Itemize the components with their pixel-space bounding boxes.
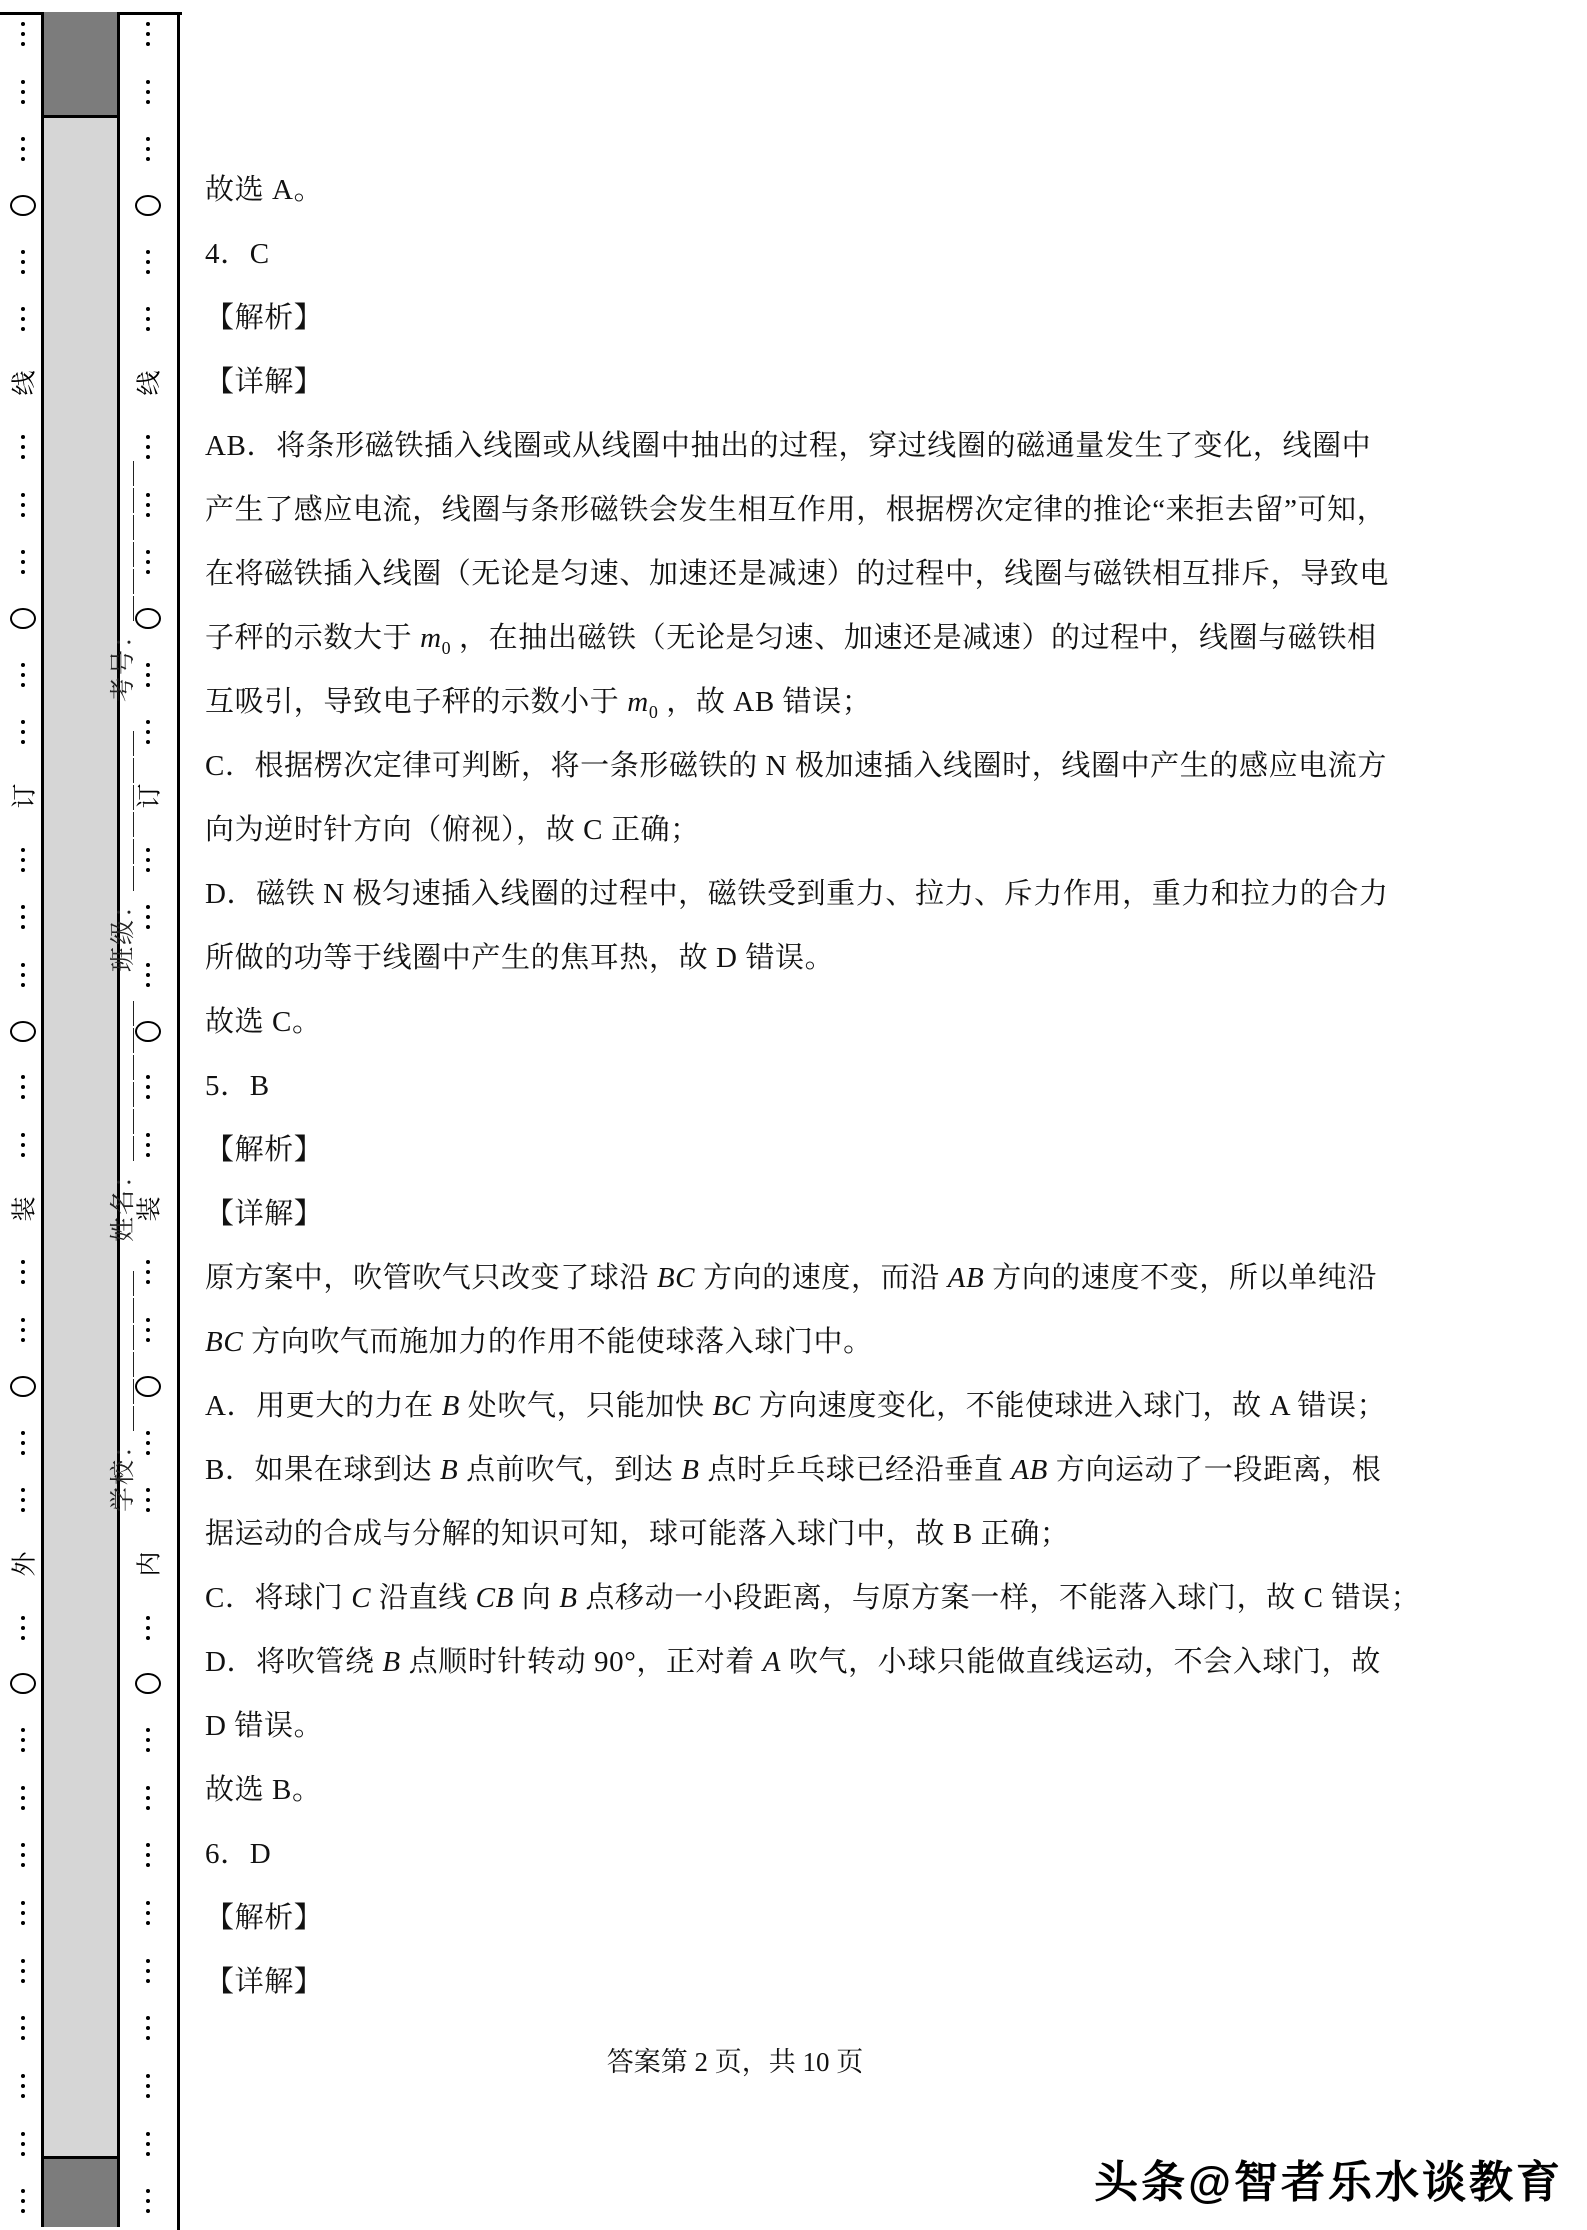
dot (146, 925, 150, 929)
dot-group (146, 2074, 150, 2098)
dot (146, 1636, 150, 1640)
dot-group (21, 1133, 25, 1157)
dot (21, 1153, 25, 1157)
dot (146, 848, 150, 852)
dot (146, 2132, 150, 2136)
dot (21, 1318, 25, 1322)
circle-mark (10, 1376, 36, 1397)
dot-group (146, 1901, 150, 1925)
dot (21, 250, 25, 254)
binding-char: 外 (5, 1551, 41, 1576)
dot (146, 1270, 150, 1274)
dot (21, 137, 25, 141)
dot (21, 1979, 25, 1983)
dot (21, 1508, 25, 1512)
dot (21, 1616, 25, 1620)
dot (21, 925, 25, 929)
strip-bottom-block (44, 2156, 117, 2227)
text-line: 互吸引，导致电子秤的示数小于 m0 ，故 AB 错误； (205, 670, 1325, 734)
circle-mark (135, 1021, 161, 1042)
circle-mark (10, 1673, 36, 1694)
dot (146, 1338, 150, 1342)
dot (21, 307, 25, 311)
dot-group (21, 848, 25, 872)
dot (21, 1095, 25, 1099)
dot (146, 1280, 150, 1284)
dot (146, 560, 150, 564)
dot (21, 983, 25, 987)
dot-group (21, 1431, 25, 1455)
dot (21, 503, 25, 507)
dot (21, 673, 25, 677)
circle-mark (135, 195, 161, 216)
text-line: 【详解】 (205, 1950, 1325, 2014)
dot-group (21, 720, 25, 744)
dot-group (146, 22, 150, 46)
dot (146, 1085, 150, 1089)
dot (21, 90, 25, 94)
dot (146, 2016, 150, 2020)
dot (146, 513, 150, 517)
dot (146, 570, 150, 574)
dot (21, 2142, 25, 2146)
dot-group (21, 963, 25, 987)
dot (146, 42, 150, 46)
text-line: D．磁铁 N 极匀速插入线圈的过程中，磁铁受到重力、拉力、斥力作用，重力和拉力的… (205, 862, 1325, 926)
text-line: 所做的功等于线圈中产生的焦耳热，故 D 错误。 (205, 926, 1325, 990)
dot (146, 157, 150, 161)
dot (21, 1738, 25, 1742)
text-line: 4．C (205, 222, 1325, 286)
dot-group (146, 848, 150, 872)
dot (146, 1328, 150, 1332)
dot (146, 1959, 150, 1963)
binding-char: 订 (5, 783, 41, 808)
dot (21, 1498, 25, 1502)
dot-group (21, 2132, 25, 2156)
dot (21, 260, 25, 264)
dot (21, 1796, 25, 1800)
dot (146, 2036, 150, 2040)
dot (21, 2152, 25, 2156)
dot (21, 963, 25, 967)
dot (21, 1901, 25, 1905)
inner-binding-line: 线订装内 (133, 22, 163, 2214)
dot (146, 1498, 150, 1502)
dot (146, 250, 150, 254)
text-line: 子秤的示数大于 m0 ，在抽出磁铁（无论是匀速、加速还是减速）的过程中，线圈与磁… (205, 606, 1325, 670)
dot (21, 1143, 25, 1147)
dot (21, 1133, 25, 1137)
dot (146, 1431, 150, 1435)
dot (146, 1260, 150, 1264)
dot-group (146, 1488, 150, 1512)
dot (21, 1431, 25, 1435)
dot (146, 445, 150, 449)
circle-mark (135, 1376, 161, 1397)
text-line: C．根据楞次定律可判断，将一条形磁铁的 N 极加速插入线圈时，线圈中产生的感应电… (205, 734, 1325, 798)
text-line: 产生了感应电流，线圈与条形磁铁会发生相互作用，根据楞次定律的推论“来拒去留”可知… (205, 478, 1325, 542)
dot (21, 1911, 25, 1915)
dot (21, 42, 25, 46)
dot (146, 1843, 150, 1847)
page-footer: 答案第 2 页，共 10 页 (180, 2040, 1290, 2079)
dot-group (146, 1786, 150, 1810)
outer-binding-line: 线订装外 (8, 22, 38, 2214)
dot-group (146, 963, 150, 987)
dot-group (146, 2016, 150, 2040)
dot (146, 80, 150, 84)
dot-group (146, 1616, 150, 1640)
circle-mark (135, 608, 161, 629)
dot (21, 513, 25, 517)
dot-group (21, 1901, 25, 1925)
dot (21, 435, 25, 439)
dot-group (146, 250, 150, 274)
dot-group (21, 663, 25, 687)
dot (146, 1616, 150, 1620)
dot (21, 1853, 25, 1857)
dot (146, 2074, 150, 2078)
dot (146, 90, 150, 94)
dot (21, 493, 25, 497)
dot-group (146, 307, 150, 331)
dot-group (21, 1488, 25, 1512)
text-line: 5．B (205, 1054, 1325, 1118)
dot (21, 270, 25, 274)
dot (21, 1280, 25, 1284)
binding-char: 内 (130, 1551, 166, 1576)
dot (21, 1843, 25, 1847)
dot (146, 2142, 150, 2146)
dot (146, 2199, 150, 2203)
text-line: 故选 B。 (205, 1758, 1325, 1822)
dot (146, 550, 150, 554)
dot (21, 1959, 25, 1963)
binding-char: 装 (130, 1196, 166, 1221)
text-line: D．将吹管绕 B 点顺时针转动 90°，正对着 A 吹气，小球只能做直线运动，不… (205, 1630, 1325, 1694)
text-line: 故选 A。 (205, 158, 1325, 222)
dot (146, 868, 150, 872)
dot (146, 100, 150, 104)
dot (21, 2074, 25, 2078)
binding-char: 线 (130, 371, 166, 396)
text-line: 向为逆时针方向（俯视），故 C 正确； (205, 798, 1325, 862)
dot-group (146, 2189, 150, 2213)
dot (146, 1863, 150, 1867)
dot (21, 1636, 25, 1640)
dot (146, 1969, 150, 1973)
dot (21, 730, 25, 734)
circle-mark (135, 1673, 161, 1694)
dot (21, 570, 25, 574)
dot (146, 983, 150, 987)
dot (146, 260, 150, 264)
dot (146, 720, 150, 724)
dot-group (21, 1616, 25, 1640)
dot-group (21, 22, 25, 46)
text-line: 【解析】 (205, 1886, 1325, 1950)
dot (21, 1626, 25, 1630)
dot (146, 740, 150, 744)
dot (146, 307, 150, 311)
dot (21, 1338, 25, 1342)
dot (21, 2132, 25, 2136)
student-info-strip: 学校：＿＿＿＿＿＿ 姓名：＿＿＿＿＿＿ 班级：＿＿＿＿＿＿ 考号：＿＿＿＿＿＿ (41, 12, 120, 2227)
dot (146, 915, 150, 919)
dot (146, 2094, 150, 2098)
answer-lines: 故选 A。4．C【解析】【详解】AB．将条形磁铁插入线圈或从线圈中抽出的过程，穿… (205, 158, 1325, 2014)
dot-group (21, 1260, 25, 1284)
dot (146, 1451, 150, 1455)
dot (21, 2209, 25, 2213)
text-line: 【解析】 (205, 1118, 1325, 1182)
dot (146, 2084, 150, 2088)
dot (146, 32, 150, 36)
dot (146, 2209, 150, 2213)
dot (146, 2026, 150, 2030)
dot (146, 1133, 150, 1137)
dot (21, 1451, 25, 1455)
text-line: 据运动的合成与分解的知识可知，球可能落入球门中，故 B 正确； (205, 1502, 1325, 1566)
binding-char: 装 (5, 1196, 41, 1221)
dot (146, 1853, 150, 1857)
strip-top-block (44, 12, 117, 118)
dot-group (21, 2189, 25, 2213)
dot (21, 1748, 25, 1752)
dot (146, 663, 150, 667)
dot-group (146, 1075, 150, 1099)
dot (21, 1270, 25, 1274)
dot (21, 2189, 25, 2193)
dot (21, 1085, 25, 1089)
binding-divider-line (177, 12, 180, 2230)
dot (146, 2189, 150, 2193)
dot (21, 1806, 25, 1810)
dot (21, 157, 25, 161)
dot (21, 720, 25, 724)
dot (21, 740, 25, 744)
circle-mark (10, 608, 36, 629)
dot (146, 1786, 150, 1790)
dot (21, 973, 25, 977)
dot-group (146, 905, 150, 929)
dot (146, 2152, 150, 2156)
circle-mark (10, 1021, 36, 1042)
dot (146, 1153, 150, 1157)
dot (146, 493, 150, 497)
dot-group (21, 435, 25, 459)
dot (21, 2084, 25, 2088)
dot (146, 270, 150, 274)
dot (21, 1260, 25, 1264)
text-line: A．用更大的力在 B 处吹气，只能加快 BC 方向速度变化，不能使球进入球门，故… (205, 1374, 1325, 1438)
dot-group (146, 2132, 150, 2156)
dot-group (146, 493, 150, 517)
dot (21, 663, 25, 667)
dot-group (146, 663, 150, 687)
dot-group (146, 435, 150, 459)
dot (21, 1488, 25, 1492)
dot-group (146, 1318, 150, 1342)
dot-group (21, 905, 25, 929)
dot-group (21, 80, 25, 104)
dot (146, 1738, 150, 1742)
dot-group (21, 137, 25, 161)
dot-group (146, 1133, 150, 1157)
dot-group (21, 1786, 25, 1810)
dot (146, 137, 150, 141)
dot-group (146, 1843, 150, 1867)
dot (21, 1728, 25, 1732)
text-line: B．如果在球到达 B 点前吹气，到达 B 点时乒乓球已经沿垂直 AB 方向运动了… (205, 1438, 1325, 1502)
dot (146, 963, 150, 967)
dot (146, 503, 150, 507)
dot (21, 2016, 25, 2020)
dot (146, 1911, 150, 1915)
dot (146, 317, 150, 321)
dot-group (21, 1075, 25, 1099)
dot-group (146, 1728, 150, 1752)
dot (21, 868, 25, 872)
dot (146, 1748, 150, 1752)
dot (21, 1328, 25, 1332)
dot (21, 1075, 25, 1079)
text-line: 6．D (205, 1822, 1325, 1886)
dot-group (21, 2074, 25, 2098)
dot (146, 1318, 150, 1322)
dot-group (146, 1260, 150, 1284)
dot-group (21, 1843, 25, 1867)
dot (21, 550, 25, 554)
dot-group (146, 80, 150, 104)
text-line: 在将磁铁插入线圈（无论是匀速、加速还是减速）的过程中，线圈与磁铁相互排斥，导致电 (205, 542, 1325, 606)
dot-group (146, 1959, 150, 1983)
dot (21, 100, 25, 104)
dot (146, 1095, 150, 1099)
dot (21, 1786, 25, 1790)
dot-group (146, 550, 150, 574)
watermark: 头条@智者乐水谈教育 (1094, 2146, 1563, 2210)
binding-char: 订 (130, 783, 166, 808)
dot (21, 683, 25, 687)
text-line: C．将球门 C 沿直线 CB 向 B 点移动一小段距离，与原方案一样，不能落入球… (205, 1566, 1325, 1630)
dot (146, 455, 150, 459)
text-line: 故选 C。 (205, 990, 1325, 1054)
dot (21, 2199, 25, 2203)
dot-group (21, 493, 25, 517)
dot (146, 673, 150, 677)
dot (146, 1901, 150, 1905)
dot (21, 1441, 25, 1445)
dot (21, 905, 25, 909)
dot (146, 1921, 150, 1925)
dot (146, 1728, 150, 1732)
text-line: AB．将条形磁铁插入线圈或从线圈中抽出的过程，穿过线圈的磁通量发生了变化，线圈中 (205, 414, 1325, 478)
dot (21, 317, 25, 321)
dot (146, 905, 150, 909)
dot-group (21, 550, 25, 574)
dot (21, 22, 25, 26)
dot (21, 858, 25, 862)
dot (146, 1488, 150, 1492)
text-line: D 错误。 (205, 1694, 1325, 1758)
dot (21, 2036, 25, 2040)
dot (146, 858, 150, 862)
dot (21, 80, 25, 84)
dot (21, 455, 25, 459)
dot (146, 1508, 150, 1512)
dot-group (21, 2016, 25, 2040)
dot-group (146, 137, 150, 161)
text-line: BC 方向吹气而施加力的作用不能使球落入球门中。 (205, 1310, 1325, 1374)
dot-group (146, 1431, 150, 1455)
dot (146, 1143, 150, 1147)
dot (146, 973, 150, 977)
dot (21, 2094, 25, 2098)
dot (21, 445, 25, 449)
dot-group (146, 720, 150, 744)
circle-mark (10, 195, 36, 216)
dot (146, 1979, 150, 1983)
dot (146, 1441, 150, 1445)
text-line: 【详解】 (205, 350, 1325, 414)
dot (146, 683, 150, 687)
dot (21, 848, 25, 852)
dot (146, 1626, 150, 1630)
dot (21, 915, 25, 919)
dot (21, 327, 25, 331)
dot (21, 1863, 25, 1867)
text-line: 【详解】 (205, 1182, 1325, 1246)
dot (21, 32, 25, 36)
dot-group (21, 307, 25, 331)
dot (146, 1075, 150, 1079)
dot (21, 1969, 25, 1973)
dot (146, 1796, 150, 1800)
binding-char: 线 (5, 371, 41, 396)
dot (146, 1806, 150, 1810)
dot-group (21, 1318, 25, 1342)
dot (21, 560, 25, 564)
dot-group (21, 1728, 25, 1752)
text-line: 原方案中，吹管吹气只改变了球沿 BC 方向的速度，而沿 AB 方向的速度不变，所… (205, 1246, 1325, 1310)
dot (146, 22, 150, 26)
dot (146, 327, 150, 331)
text-line: 【解析】 (205, 286, 1325, 350)
dot (146, 435, 150, 439)
dot (146, 147, 150, 151)
exam-answer-page: { "page": { "footer": "答案第 2 页，共 10 页", … (0, 0, 1587, 2230)
dot-group (21, 250, 25, 274)
dot (21, 1921, 25, 1925)
dot (21, 2026, 25, 2030)
dot (21, 147, 25, 151)
dot (146, 730, 150, 734)
dot-group (21, 1959, 25, 1983)
